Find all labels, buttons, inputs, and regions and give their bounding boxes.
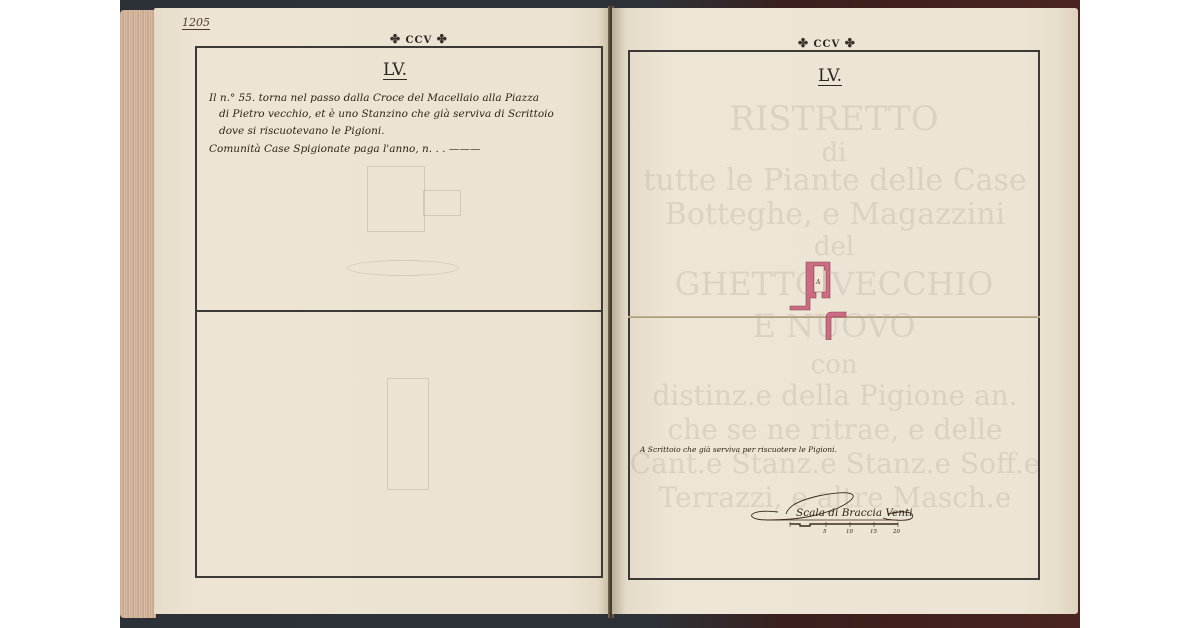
show-through-plan [367, 166, 425, 232]
scale-tick-20: 20 [893, 529, 900, 535]
svg-text:A: A [815, 279, 821, 286]
right-plate-frame: LV. RISTRETTO di tutte le Piante delle C… [628, 50, 1040, 580]
description-line-3: dove si riscuotevano le Pigioni. [219, 125, 385, 137]
right-heading-text: CCV [814, 39, 841, 50]
floral-ornament-icon: ✤ [845, 36, 856, 50]
floor-plan-drawing: A [788, 260, 858, 340]
floral-ornament-icon: ✤ [798, 36, 809, 50]
description-line-2: di Pietro vecchio, et è uno Stanzino che… [219, 108, 554, 120]
show-through-text: Cant.e Stanz.e Stanz.e Soff.e [620, 450, 1050, 478]
show-through-text: Botteghe, e Magazzini [620, 200, 1050, 230]
scale-bar: Scala di Braccia Venti 5 10 15 20 [738, 490, 928, 540]
right-page: 1205 ✤ CCV ✤ LV. RISTRETTO di tutte le P… [612, 8, 1078, 614]
scale-title: Scala di Braccia Venti [796, 507, 913, 519]
show-through-scale [347, 260, 459, 276]
show-through-text: tutte le Piante delle Case [620, 166, 1050, 196]
show-through-text: che se ne ritrae, e delle [620, 416, 1050, 444]
left-heading-text: CCV [406, 35, 433, 46]
manuscript-scan: 1205 ✤ CCV ✤ LV. Il n.° 55. torna nel pa… [120, 0, 1080, 628]
panel-divider [197, 310, 601, 312]
description-line-1: Il n.° 55. torna nel passo dalla Croce d… [209, 92, 539, 104]
show-through-text: con [630, 352, 1038, 378]
floral-ornament-icon: ✤ [390, 32, 401, 46]
floral-ornament-icon: ✤ [437, 32, 448, 46]
left-page: 1205 ✤ CCV ✤ LV. Il n.° 55. torna nel pa… [154, 8, 612, 614]
plan-legend: A Scrittoio che già serviva per riscuote… [640, 445, 837, 454]
show-through-text: RISTRETTO [630, 102, 1038, 136]
scale-tick-10: 10 [846, 529, 853, 535]
scale-tick-5: 5 [823, 529, 827, 535]
show-through-text: distinz.e della Pigione an. [620, 382, 1050, 410]
right-page-heading: ✤ CCV ✤ [798, 36, 856, 50]
description-line-4: Comunità Case Spigionate paga l'anno, n.… [209, 143, 480, 155]
show-through-plan [387, 378, 429, 490]
left-plate-frame: LV. Il n.° 55. torna nel passo dalla Cro… [195, 46, 603, 578]
show-through-text: del [630, 234, 1038, 260]
show-through-plan [423, 190, 461, 216]
left-plate-number: LV. [383, 60, 407, 80]
right-plate-number: LV. [818, 66, 842, 86]
left-folio-number: 1205 [182, 16, 210, 30]
left-page-heading: ✤ CCV ✤ [390, 32, 448, 46]
book-page-edges [120, 10, 156, 618]
scale-tick-15: 15 [870, 529, 877, 535]
